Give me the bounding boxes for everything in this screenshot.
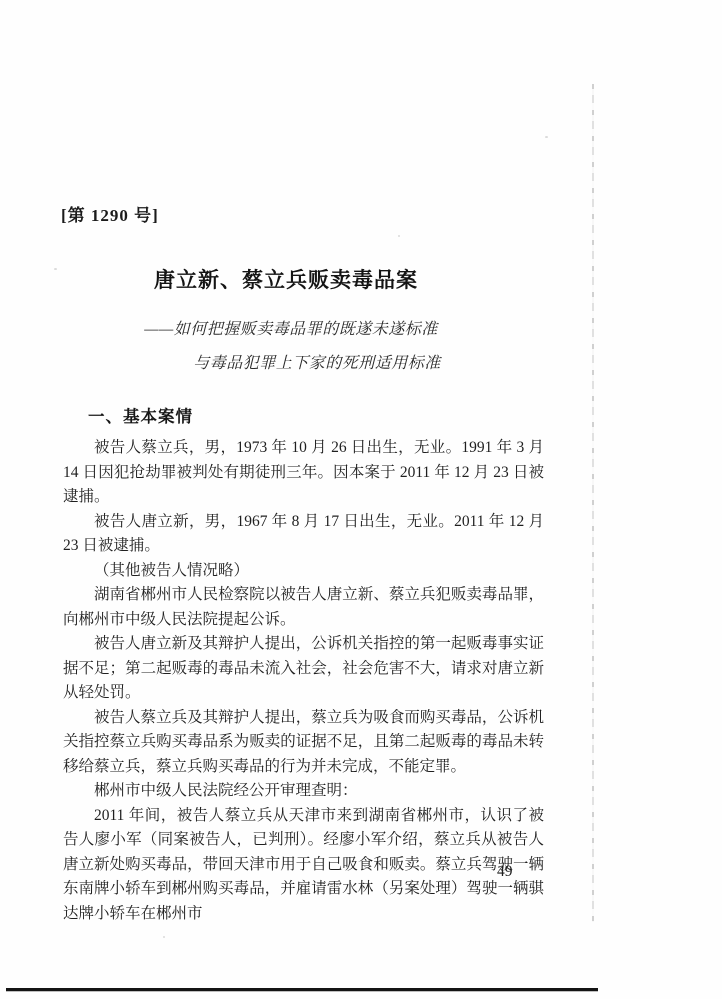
section-heading-basic-facts: 一、基本案情 <box>88 403 193 427</box>
document-subtitle: ——如何把握贩卖毒品罪的既遂未遂标准 与毒品犯罪上下家的死刑适用标准 <box>63 316 543 373</box>
scan-page-edge-line <box>592 84 594 922</box>
paragraph-defendant-tang: 被告人唐立新，男，1967 年 8 月 17 日出生，无业。2011 年 12 … <box>63 510 544 559</box>
document-title: 唐立新、蔡立兵贩卖毒品案 <box>46 264 526 294</box>
page-number: 49 <box>497 863 513 881</box>
paragraph-other-defendants-note: （其他被告人情况略） <box>63 559 544 584</box>
paragraph-tang-defense: 被告人唐立新及其辩护人提出，公诉机关指控的第一起贩毒事实证据不足；第二起贩毒的毒… <box>63 632 544 706</box>
paragraph-case-facts: 2011 年间，被告人蔡立兵从天津市来到湖南省郴州市，认识了被告人廖小军（同案被… <box>63 804 544 927</box>
scan-bottom-edge-line <box>6 988 598 991</box>
body-text: 被告人蔡立兵，男，1973 年 10 月 26 日出生，无业。1991 年 3 … <box>63 436 544 926</box>
scan-speck <box>54 268 57 270</box>
scanned-document-page: [第 1290 号] 唐立新、蔡立兵贩卖毒品案 ——如何把握贩卖毒品罪的既遂未遂… <box>0 0 722 999</box>
subtitle-line-1: ——如何把握贩卖毒品罪的既遂未遂标准 <box>51 316 531 339</box>
scan-speck <box>398 235 400 237</box>
scan-speck <box>163 936 165 938</box>
paragraph-defendant-cai: 被告人蔡立兵，男，1973 年 10 月 26 日出生，无业。1991 年 3 … <box>63 436 544 510</box>
subtitle-line-2: 与毒品犯罪上下家的死刑适用标准 <box>77 350 557 373</box>
case-number: [第 1290 号] <box>61 201 159 226</box>
paragraph-prosecution: 湖南省郴州市人民检察院以被告人唐立新、蔡立兵犯贩卖毒品罪，向郴州市中级人民法院提… <box>63 583 544 632</box>
paragraph-court-findings-intro: 郴州市中级人民法院经公开审理查明： <box>63 779 544 804</box>
scan-speck <box>545 136 548 138</box>
paragraph-cai-defense: 被告人蔡立兵及其辩护人提出，蔡立兵为吸食而购买毒品，公诉机关指控蔡立兵购买毒品系… <box>63 706 544 780</box>
